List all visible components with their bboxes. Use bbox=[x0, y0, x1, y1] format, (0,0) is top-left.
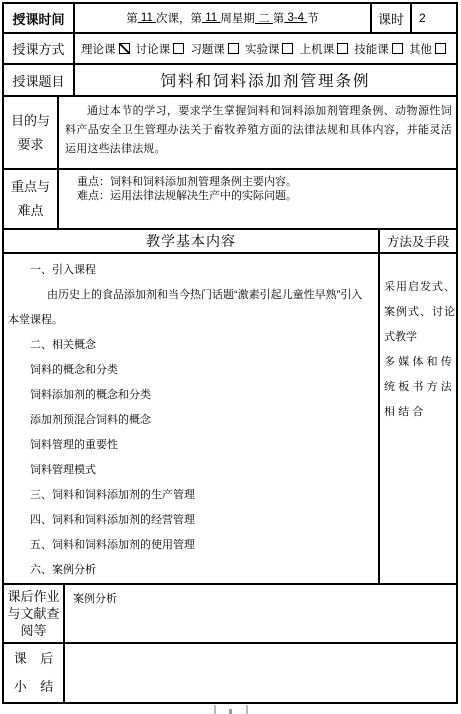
time-blank-lesson-number: 11 bbox=[138, 12, 156, 24]
mode-option-computer: 上机课 bbox=[300, 41, 349, 57]
difficulty-line: 难点：运用法律法规解决生产中的实际问题。 bbox=[77, 189, 452, 203]
checkbox-icon[interactable] bbox=[119, 43, 130, 54]
row-homework: 课后作业与文献查阅等 案例分析 bbox=[4, 585, 456, 644]
content-line: 二、相关概念 bbox=[30, 333, 378, 358]
lesson-plan-table: 授课时间 第 11 次课，第 11 周星期 二 第 3-4 节 课时 2 授课方… bbox=[2, 2, 458, 704]
footer-mark bbox=[229, 709, 232, 714]
content-header-right: 方法及手段 bbox=[378, 230, 456, 252]
summary-label: 课 后 小 结 bbox=[4, 644, 65, 702]
summary-content bbox=[65, 644, 456, 702]
mode-option-label: 习题课 bbox=[190, 41, 225, 57]
methods-paragraph: 多媒体和传统板书方法相结合 bbox=[384, 350, 455, 425]
keypoint-line: 重点：饲料和饲料添加剂管理条例主要内容。 bbox=[77, 175, 452, 189]
homework-label: 课后作业与文献查阅等 bbox=[4, 585, 65, 642]
time-segment: 第 bbox=[273, 10, 285, 26]
content-line: 由历史上的食品添加剂和当今热门话题“激素引起儿童性早熟”引入 bbox=[47, 283, 378, 308]
row-lesson-topic: 授课题目 饲料和饲料添加剂管理条例 bbox=[4, 65, 456, 97]
footer-bar bbox=[246, 705, 248, 714]
time-segment: 周星期 bbox=[220, 10, 255, 26]
row-summary: 课 后 小 结 bbox=[4, 644, 456, 702]
row-objectives: 目的与要求 通过本节的学习，要求学生掌握饲料和饲料添加剂管理条例、动物源性饲料产… bbox=[4, 97, 456, 170]
mode-option-label: 讨论课 bbox=[136, 41, 171, 57]
time-segment: 第 bbox=[126, 10, 138, 26]
footer-bar bbox=[214, 705, 216, 714]
mode-option-label: 上机课 bbox=[300, 41, 335, 57]
checkbox-icon[interactable] bbox=[337, 43, 348, 54]
homework-value: 案例分析 bbox=[65, 585, 456, 642]
content-line: 饲料的概念和分类 bbox=[30, 358, 378, 383]
row-content-header: 教学基本内容 方法及手段 bbox=[4, 230, 456, 254]
checkbox-icon[interactable] bbox=[228, 43, 239, 54]
mode-option-skill: 技能课 bbox=[354, 41, 403, 57]
teaching-mode-label: 授课方式 bbox=[4, 34, 75, 63]
content-line: 本堂课程。 bbox=[8, 308, 378, 333]
mode-option-discussion: 讨论课 bbox=[136, 41, 185, 57]
content-line: 饲料添加剂的概念和分类 bbox=[30, 383, 378, 408]
teaching-mode-options: 理论课 讨论课 习题课 实验课 上机课 技能课 其他 bbox=[75, 34, 456, 63]
row-teaching-mode: 授课方式 理论课 讨论课 习题课 实验课 上机课 技能课 其他 bbox=[4, 34, 456, 65]
lesson-topic-label: 授课题目 bbox=[4, 65, 75, 95]
content-header-left: 教学基本内容 bbox=[4, 230, 378, 252]
checkbox-icon[interactable] bbox=[435, 43, 446, 54]
lesson-time-label: 授课时间 bbox=[4, 4, 75, 32]
content-line: 六、案例分析 bbox=[30, 558, 378, 583]
content-line: 三、饲料和饲料添加剂的生产管理 bbox=[30, 483, 378, 508]
content-line: 一、引入课程 bbox=[30, 258, 378, 283]
methods-column: 采用启发式、案例式、讨论式教学 多媒体和传统板书方法相结合 bbox=[378, 254, 456, 583]
mode-option-theory: 理论课 bbox=[81, 41, 130, 57]
content-line: 饲料管理的重要性 bbox=[30, 433, 378, 458]
time-blank-weekday: 二 bbox=[255, 10, 273, 26]
class-hours-label: 课时 bbox=[370, 4, 412, 32]
mode-option-experiment: 实验课 bbox=[245, 41, 294, 57]
objectives-label: 目的与要求 bbox=[4, 97, 59, 168]
teaching-content-outline: 一、引入课程 由历史上的食品添加剂和当今热门话题“激素引起儿童性早熟”引入 本堂… bbox=[4, 254, 378, 583]
mode-option-label: 实验课 bbox=[245, 41, 280, 57]
mode-option-other: 其他 bbox=[409, 41, 446, 57]
time-blank-period: 3-4 bbox=[284, 12, 307, 24]
mode-option-label: 其他 bbox=[409, 41, 432, 57]
time-segment: 节 bbox=[307, 10, 319, 26]
methods-paragraph: 采用启发式、案例式、讨论式教学 bbox=[384, 275, 455, 350]
mode-option-label: 理论课 bbox=[81, 41, 116, 57]
row-keypoints: 重点与难点 重点：饲料和饲料添加剂管理条例主要内容。 难点：运用法律法规解决生产… bbox=[4, 170, 456, 230]
row-lesson-time: 授课时间 第 11 次课，第 11 周星期 二 第 3-4 节 课时 2 bbox=[4, 4, 456, 34]
lesson-topic-value: 饲料和饲料添加剂管理条例 bbox=[75, 65, 456, 95]
objectives-text: 通过本节的学习，要求学生掌握饲料和饲料添加剂管理条例、动物源性饲料产品安全卫生管… bbox=[59, 97, 456, 168]
time-blank-week-number: 11 bbox=[202, 12, 220, 24]
checkbox-icon[interactable] bbox=[282, 43, 293, 54]
checkbox-icon[interactable] bbox=[392, 43, 403, 54]
lesson-time-value: 第 11 次课，第 11 周星期 二 第 3-4 节 bbox=[75, 4, 370, 32]
content-line: 五、饲料和饲料添加剂的使用管理 bbox=[30, 533, 378, 558]
mode-option-label: 技能课 bbox=[354, 41, 389, 57]
content-line: 四、饲料和饲料添加剂的经营管理 bbox=[30, 508, 378, 533]
keypoints-text: 重点：饲料和饲料添加剂管理条例主要内容。 难点：运用法律法规解决生产中的实际问题… bbox=[59, 170, 456, 228]
time-segment: 次课，第 bbox=[156, 10, 202, 26]
class-hours-value: 2 bbox=[412, 4, 456, 32]
page-footer-remnant bbox=[214, 705, 248, 714]
mode-option-exercise: 习题课 bbox=[190, 41, 239, 57]
keypoints-label: 重点与难点 bbox=[4, 170, 59, 228]
checkbox-icon[interactable] bbox=[173, 43, 184, 54]
row-teaching-content: 一、引入课程 由历史上的食品添加剂和当今热门话题“激素引起儿童性早熟”引入 本堂… bbox=[4, 254, 456, 585]
content-line: 添加剂预混合饲料的概念 bbox=[30, 408, 378, 433]
content-line: 饲料管理模式 bbox=[30, 458, 378, 483]
